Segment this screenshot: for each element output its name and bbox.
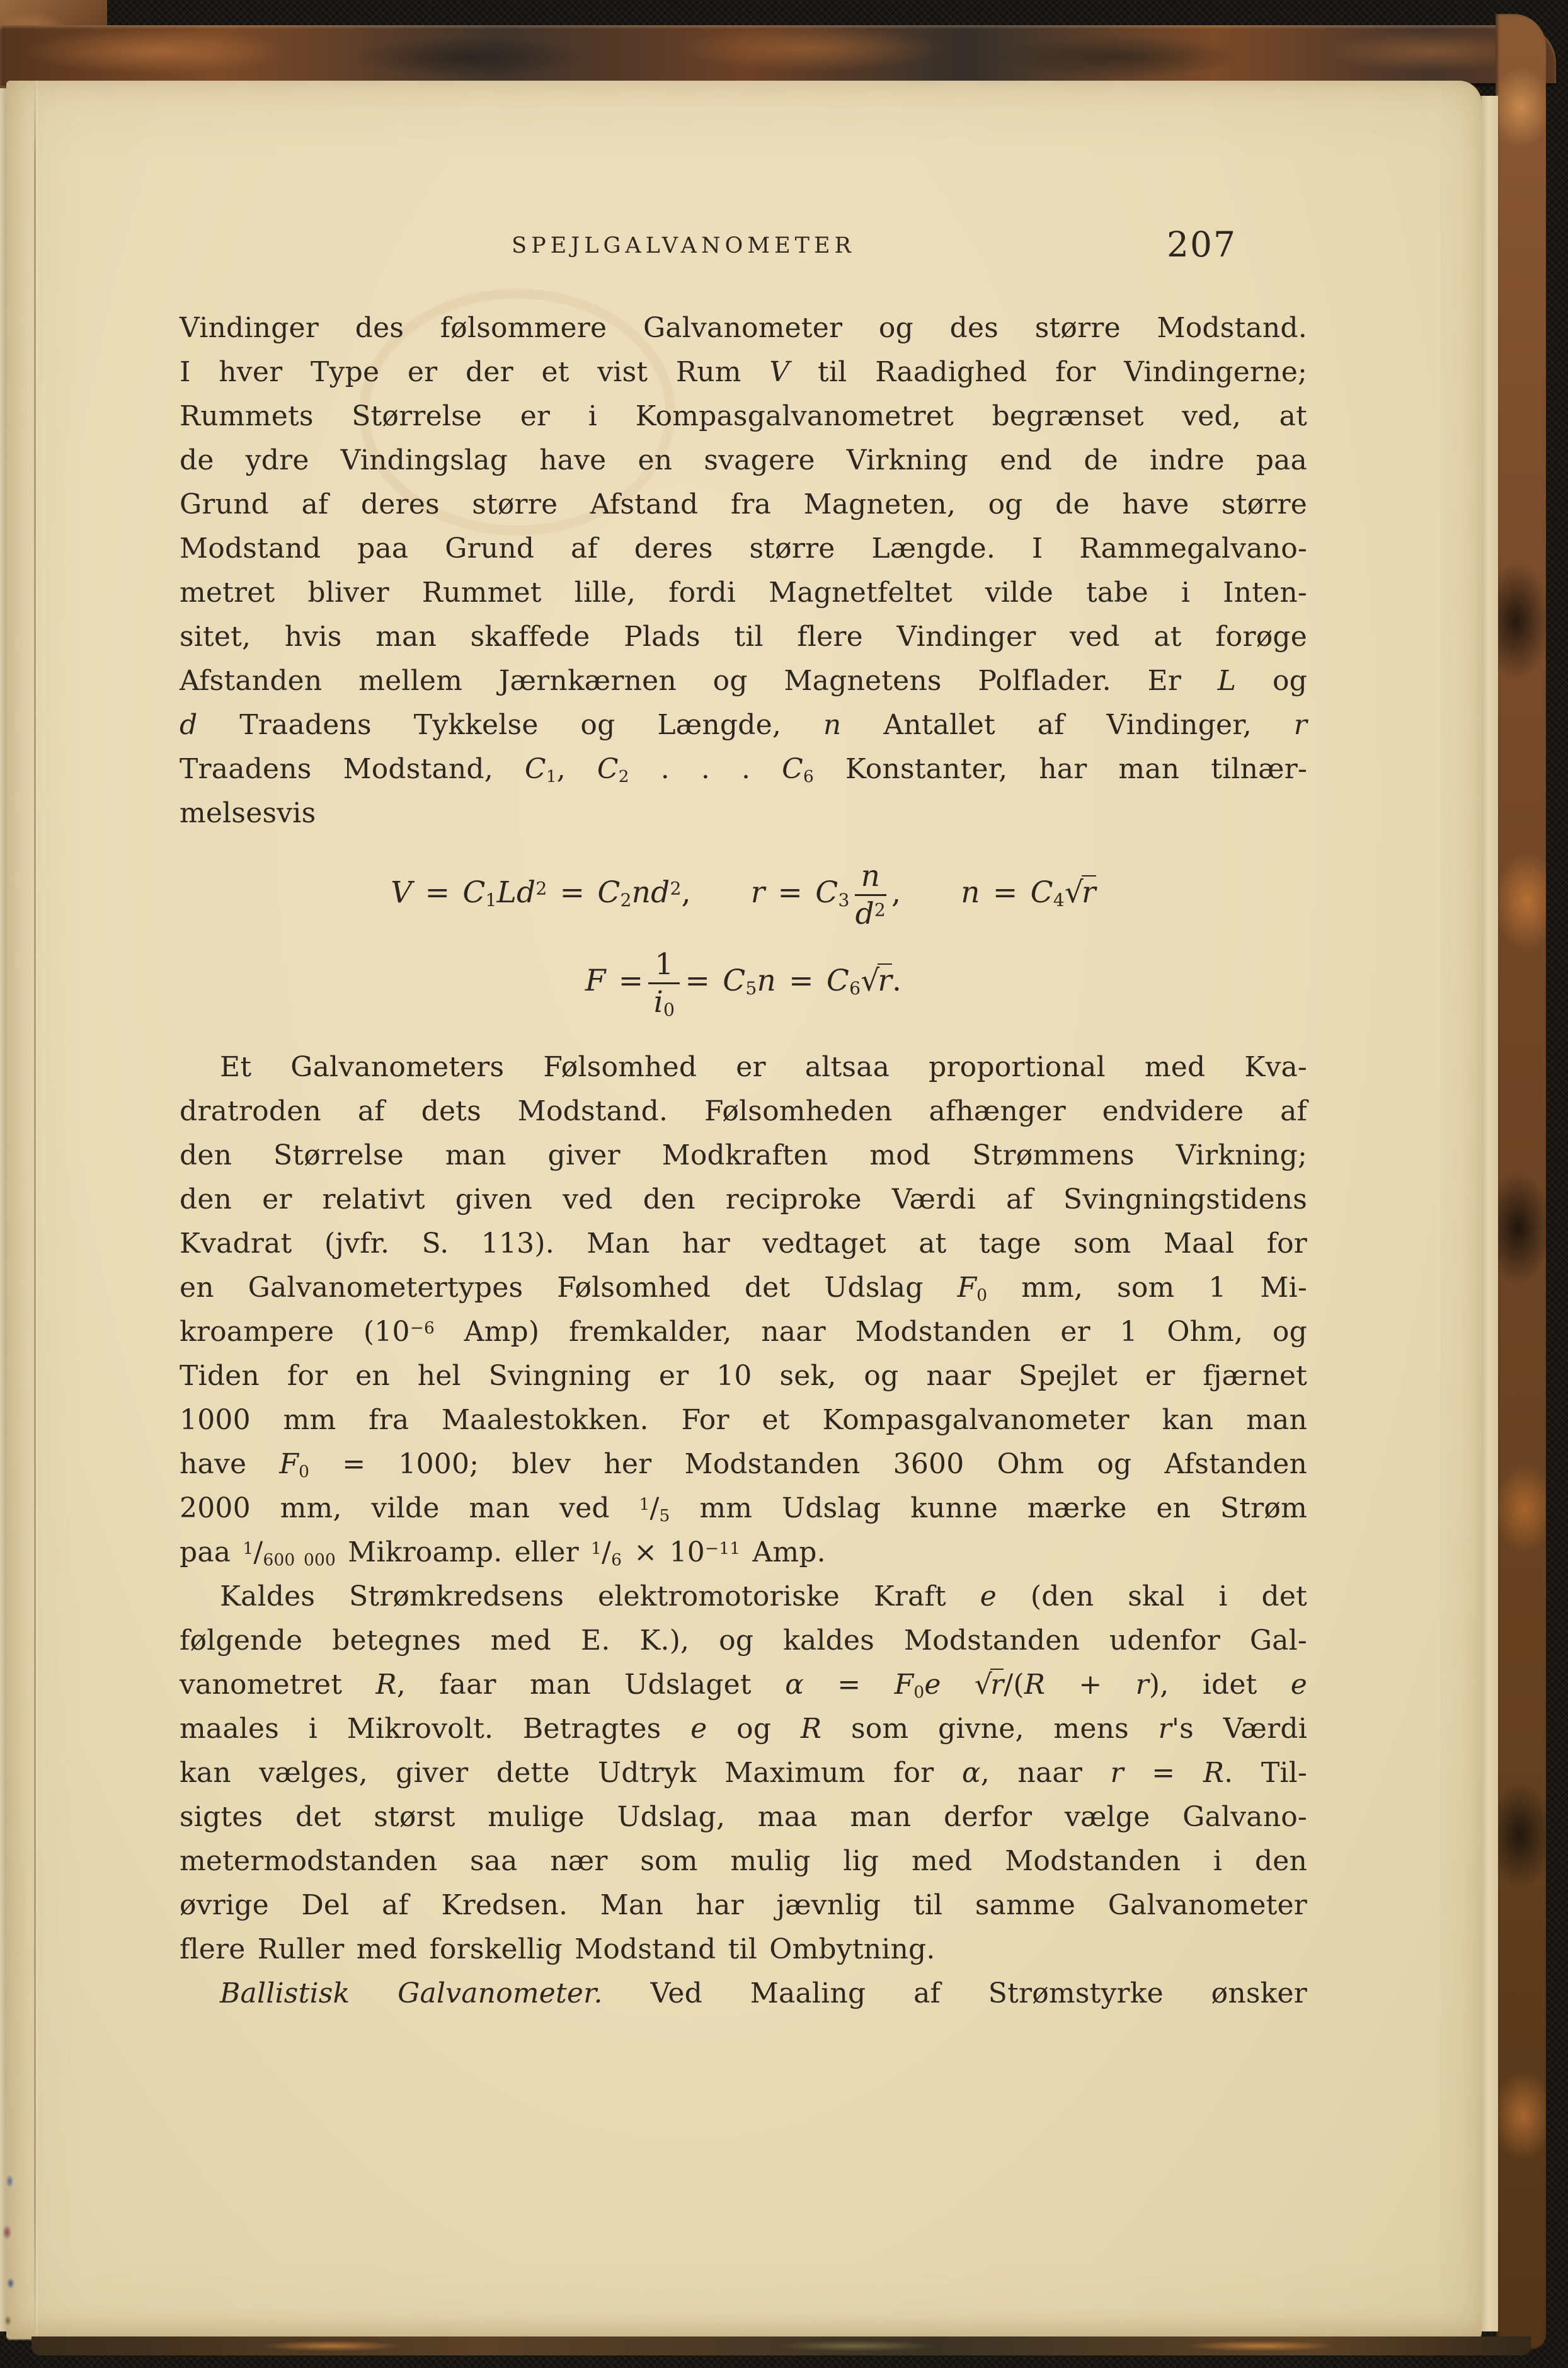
page: SPEJLGALVANOMETER 207 Vindinger des føls… <box>6 81 1482 2339</box>
text-line: 2000 mm, vilde man ved 1/5 mm Udslag kun… <box>180 1486 1307 1531</box>
text-line: en Galvanometertypes Følsomhed det Udsla… <box>180 1266 1307 1310</box>
running-header: SPEJLGALVANOMETER 207 <box>180 224 1307 268</box>
left-page-sliver <box>0 88 6 2331</box>
fraction: nd2 <box>855 861 886 930</box>
text-line: Modstand paa Grund af deres større Længd… <box>180 527 1307 571</box>
formula-block: V = C1Ld2 = C2nd2,r = C3nd2,n = C4√rF = … <box>180 858 1307 1015</box>
formula-row: V = C1Ld2 = C2nd2,r = C3nd2,n = C4√r <box>180 858 1307 928</box>
text-line: kroampere (10−6 Amp) fremkalder, naar Mo… <box>180 1310 1307 1354</box>
text-line: følgende betegnes med E. K.), og kaldes … <box>180 1619 1307 1663</box>
text-line: dratroden af dets Modstand. Følsomheden … <box>180 1089 1307 1134</box>
text-line: Et Galvanometers Følsomhed er altsaa pro… <box>180 1045 1307 1089</box>
text-line: kan vælges, giver dette Udtryk Maximum f… <box>180 1751 1307 1795</box>
text-line: den er relativt given ved den reciproke … <box>180 1178 1307 1222</box>
gutter-crease <box>34 81 36 2339</box>
page-number: 207 <box>1167 224 1237 265</box>
text-line: Tiden for en hel Svingning er 10 sek, og… <box>180 1354 1307 1398</box>
top-leather-band <box>0 25 1556 83</box>
text-line: d Traadens Tykkelse og Længde, n Antalle… <box>180 703 1307 747</box>
formula-row: F = 1i0 = C5n = C6√r. <box>180 946 1307 1016</box>
text-line: Ballistisk Galvanometer. Ved Maaling af … <box>180 1972 1307 2016</box>
text-line: Afstanden mellem Jærnkærnen og Magnetens… <box>180 659 1307 703</box>
text-line: den Størrelse man giver Modkraften mod S… <box>180 1134 1307 1178</box>
text-line: Rummets Størrelse er i Kompasgalvanometr… <box>180 394 1307 439</box>
text-line: 1000 mm fra Maalestokken. For et Kompasg… <box>180 1398 1307 1442</box>
text-line: have F0 = 1000; blev her Modstanden 3600… <box>180 1442 1307 1486</box>
text-line: sigtes det størst mulige Udslag, maa man… <box>180 1795 1307 1839</box>
right-marbled-edge <box>1496 14 1546 2349</box>
text-line: I hver Type er der et vist Rum V til Raa… <box>180 350 1307 394</box>
text-line: Grund af deres større Afstand fra Magnet… <box>180 483 1307 527</box>
text-line: vanometret R, faar man Udslaget α = F0e … <box>180 1663 1307 1707</box>
text-line: melsesvis <box>180 791 1307 836</box>
text-line: Kvadrat (jvfr. S. 113). Man har vedtaget… <box>180 1222 1307 1266</box>
text-block: Vindinger des følsommere Galvanometer og… <box>180 306 1307 2016</box>
cover-marble-specks <box>0 2168 18 2338</box>
bottom-leather-edge <box>31 2336 1531 2355</box>
text-line: metermodstanden saa nær som mulig lig me… <box>180 1839 1307 1883</box>
text-line: de ydre Vindingslag have en svagere Virk… <box>180 439 1307 483</box>
fraction: 1i0 <box>648 949 680 1018</box>
page-edge-sliver <box>1480 96 1498 2331</box>
text-line: øvrige Del af Kredsen. Man har jævnlig t… <box>180 1883 1307 1928</box>
text-line: paa 1/600 000 Mikroamp. eller 1/6 × 10−1… <box>180 1531 1307 1575</box>
text-line: maales i Mikrovolt. Betragtes e og R som… <box>180 1707 1307 1751</box>
text-line: metret bliver Rummet lille, fordi Magnet… <box>180 571 1307 615</box>
header-title: SPEJLGALVANOMETER <box>120 233 1247 258</box>
text-line: Kaldes Strømkredsens elektromotoriske Kr… <box>180 1575 1307 1619</box>
text-line: flere Ruller med forskellig Modstand til… <box>180 1928 1307 1972</box>
text-line: sitet, hvis man skaffede Plads til flere… <box>180 615 1307 659</box>
text-line: Traadens Modstand, C1, C2 . . . C6 Konst… <box>180 747 1307 791</box>
text-line: Vindinger des følsommere Galvanometer og… <box>180 306 1307 350</box>
